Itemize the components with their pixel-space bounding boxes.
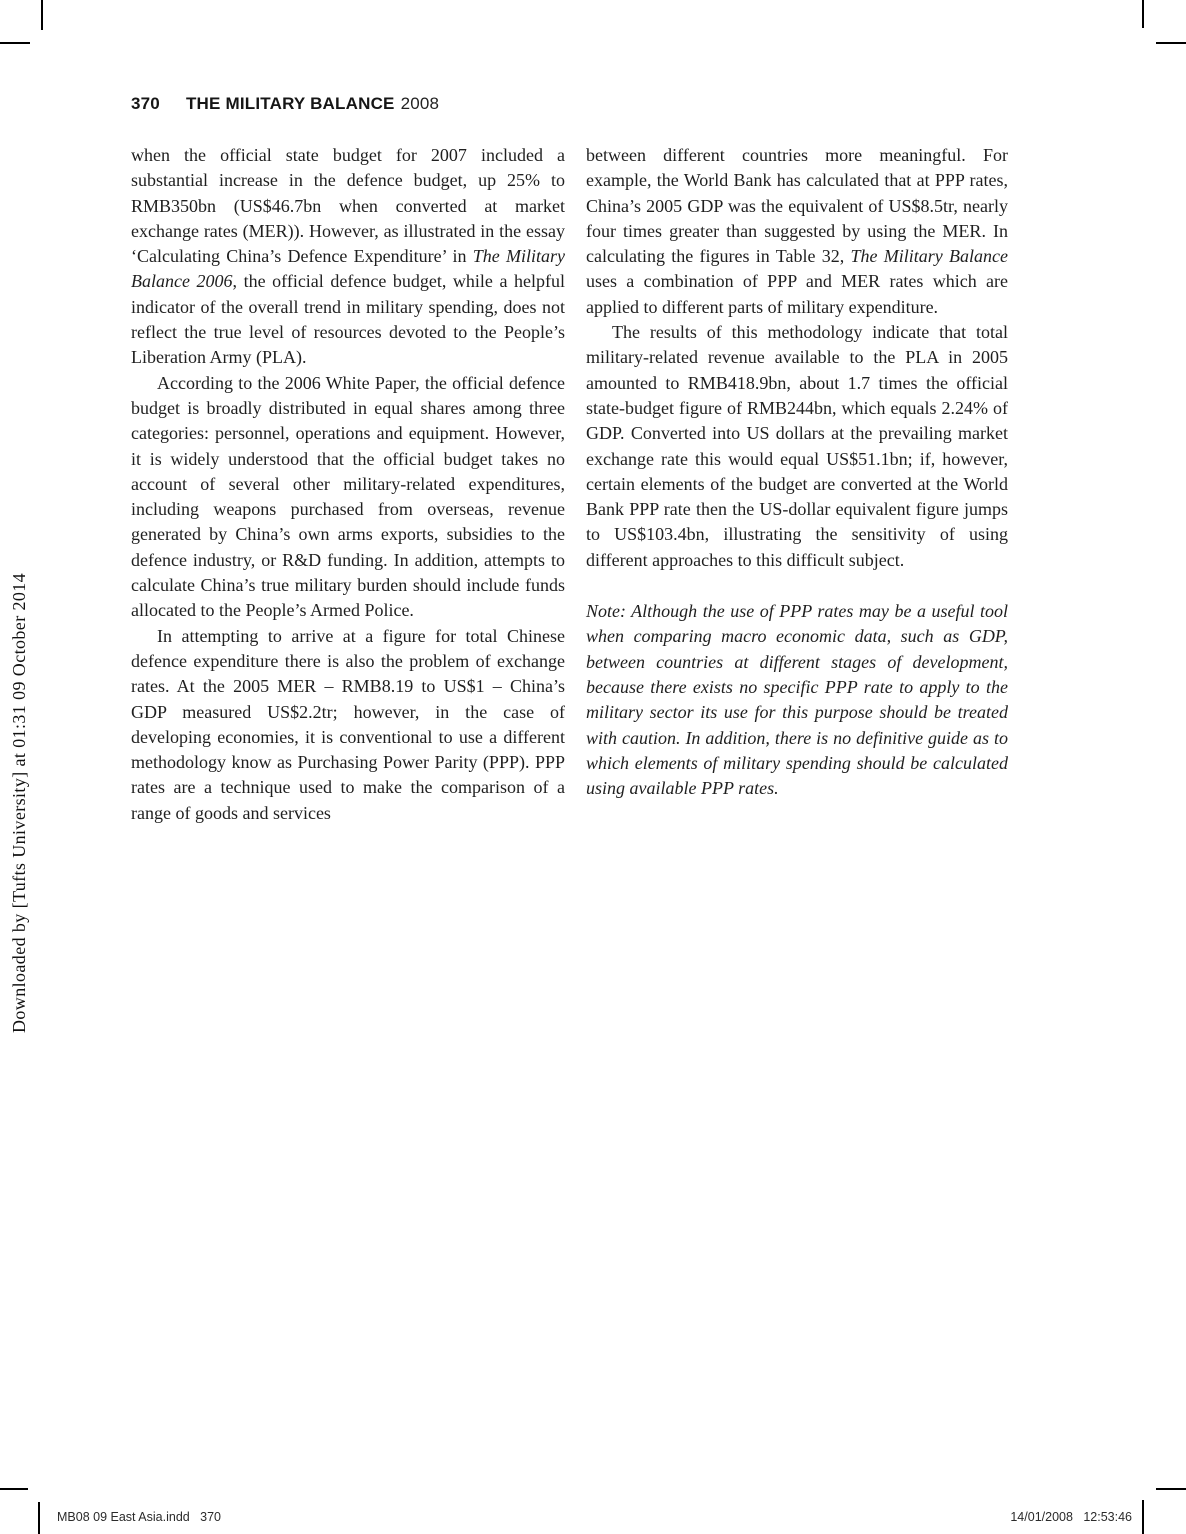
running-header: 370THE MILITARY BALANCE2008	[131, 94, 439, 114]
crop-mark-top-left-horizontal	[0, 42, 30, 44]
publication-title: THE MILITARY BALANCE	[186, 94, 395, 113]
download-watermark: Downloaded by [Tufts University] at 01:3…	[9, 573, 30, 1033]
footer-imprint-filename: MB08 09 East Asia.indd 370	[57, 1510, 221, 1524]
left-text-column: when the official state budget for 2007 …	[131, 143, 565, 826]
crop-mark-bottom-right-vertical	[1142, 1500, 1144, 1534]
crop-mark-bottom-left-horizontal	[0, 1488, 28, 1490]
paragraph: In attempting to arrive at a figure for …	[131, 624, 565, 826]
crop-mark-top-right-vertical	[1142, 0, 1144, 28]
footer-imprint-timestamp: 14/01/2008 12:53:46	[1010, 1510, 1132, 1524]
page-number: 370	[131, 94, 160, 113]
scanned-page: 370THE MILITARY BALANCE2008 when the off…	[0, 0, 1186, 1534]
crop-mark-top-left-vertical	[41, 0, 43, 30]
paragraph: when the official state budget for 2007 …	[131, 143, 565, 371]
right-text-column: between different countries more meaning…	[586, 143, 1008, 801]
edition-year: 2008	[401, 94, 440, 113]
crop-mark-bottom-right-horizontal	[1156, 1488, 1186, 1490]
body-text: uses a combination of PPP and MER rates …	[586, 271, 1008, 316]
cited-title-italic: The Military Balance	[850, 246, 1008, 266]
crop-mark-top-right-horizontal	[1156, 42, 1186, 44]
paragraph: The results of this methodology indicate…	[586, 320, 1008, 573]
crop-mark-bottom-left-vertical	[38, 1502, 40, 1534]
paragraph: According to the 2006 White Paper, the o…	[131, 371, 565, 624]
note-paragraph: Note: Although the use of PPP rates may …	[586, 599, 1008, 801]
paragraph: between different countries more meaning…	[586, 143, 1008, 320]
